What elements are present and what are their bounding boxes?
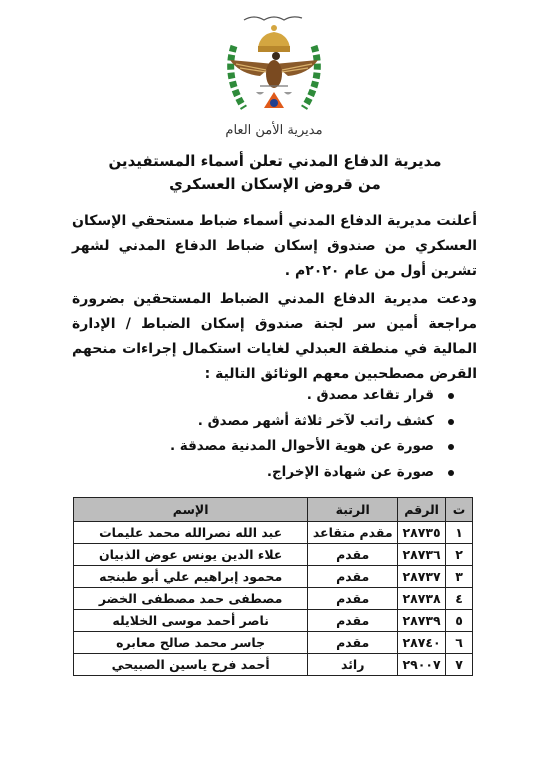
- cell-rank: مقدم: [308, 588, 398, 610]
- header-rank: الرتبة: [308, 498, 398, 522]
- document-item: صورة عن شهادة الإخراج.: [100, 460, 460, 486]
- header-name: الإسم: [74, 498, 308, 522]
- document-item: صورة عن هوية الأحوال المدنية مصدقة .: [100, 434, 460, 460]
- cell-seq: ٧: [446, 654, 473, 676]
- cell-name: جاسر محمد صالح معابره: [74, 632, 308, 654]
- cell-seq: ١: [446, 522, 473, 544]
- cell-number: ٢٨٧٣٥: [398, 522, 446, 544]
- cell-seq: ٦: [446, 632, 473, 654]
- table-row: ٢ ٢٨٧٣٦ مقدم علاء الدين يونس عوض الذبيان: [74, 544, 473, 566]
- cell-number: ٢٨٧٣٨: [398, 588, 446, 610]
- cell-name: ناصر أحمد موسى الخلايله: [74, 610, 308, 632]
- cell-rank: مقدم متقاعد: [308, 522, 398, 544]
- table-header-row: ت الرقم الرتبة الإسم: [74, 498, 473, 522]
- instructions-paragraph: ودعت مديرية الدفاع المدني الضباط المستحق…: [72, 287, 477, 387]
- announcement-title-line-2: من قروض الإسكان العسكري: [100, 173, 450, 195]
- table-row: ٤ ٢٨٧٣٨ مقدم مصطفى حمد مصطفى الخضر: [74, 588, 473, 610]
- table-row: ٧ ٢٩٠٠٧ رائد أحمد فرح ياسين الصبيحي: [74, 654, 473, 676]
- cell-name: عبد الله نصرالله محمد عليمات: [74, 522, 308, 544]
- svg-text:مديرية الأمن العام: مديرية الأمن العام: [225, 121, 322, 138]
- cell-rank: مقدم: [308, 632, 398, 654]
- cell-number: ٢٨٧٣٦: [398, 544, 446, 566]
- header-number: الرقم: [398, 498, 446, 522]
- cell-rank: رائد: [308, 654, 398, 676]
- cell-rank: مقدم: [308, 610, 398, 632]
- bullet-icon: [448, 393, 454, 399]
- cell-rank: مقدم: [308, 566, 398, 588]
- cell-number: ٢٨٧٣٧: [398, 566, 446, 588]
- announcement-paragraph: أعلنت مديرية الدفاع المدني أسماء ضباط مس…: [72, 209, 477, 284]
- required-documents-list: قرار تقاعد مصدق . كشف راتب لآخر ثلاثة أش…: [100, 383, 460, 485]
- cell-name: مصطفى حمد مصطفى الخضر: [74, 588, 308, 610]
- table-row: ٦ ٢٨٧٤٠ مقدم جاسر محمد صالح معابره: [74, 632, 473, 654]
- cell-seq: ٥: [446, 610, 473, 632]
- cell-seq: ٣: [446, 566, 473, 588]
- document-item: كشف راتب لآخر ثلاثة أشهر مصدق .: [100, 409, 460, 435]
- cell-number: ٢٨٧٤٠: [398, 632, 446, 654]
- table-row: ٥ ٢٨٧٣٩ مقدم ناصر أحمد موسى الخلايله: [74, 610, 473, 632]
- public-security-emblem-icon: مديرية الأمن العام: [222, 6, 326, 144]
- cell-name: محمود إبراهيم علي أبو طبنجه: [74, 566, 308, 588]
- announcement-title-line-1: مديرية الدفاع المدني تعلن أسماء المستفيد…: [100, 150, 450, 172]
- document-item: قرار تقاعد مصدق .: [100, 383, 460, 409]
- bullet-icon: [448, 470, 454, 476]
- table-row: ١ ٢٨٧٣٥ مقدم متقاعد عبد الله نصرالله محم…: [74, 522, 473, 544]
- header-seq: ت: [446, 498, 473, 522]
- cell-number: ٢٨٧٣٩: [398, 610, 446, 632]
- cell-name: أحمد فرح ياسين الصبيحي: [74, 654, 308, 676]
- cell-seq: ٢: [446, 544, 473, 566]
- bullet-icon: [448, 444, 454, 450]
- table-row: ٣ ٢٨٧٣٧ مقدم محمود إبراهيم علي أبو طبنجه: [74, 566, 473, 588]
- cell-number: ٢٩٠٠٧: [398, 654, 446, 676]
- cell-name: علاء الدين يونس عوض الذبيان: [74, 544, 308, 566]
- cell-rank: مقدم: [308, 544, 398, 566]
- cell-seq: ٤: [446, 588, 473, 610]
- beneficiaries-table: ت الرقم الرتبة الإسم ١ ٢٨٧٣٥ مقدم متقاعد…: [73, 497, 473, 676]
- bullet-icon: [448, 419, 454, 425]
